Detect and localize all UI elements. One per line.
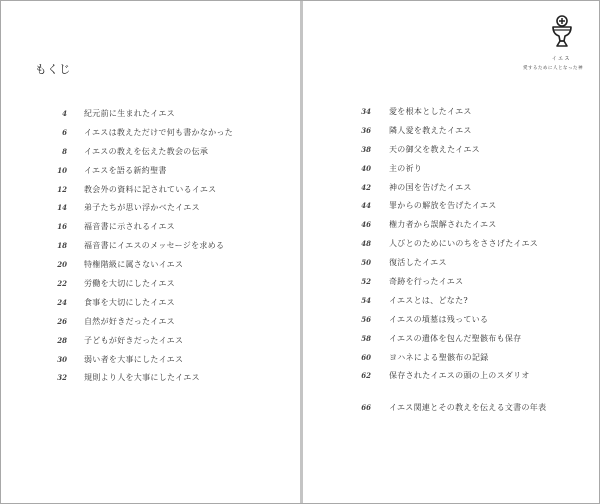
- toc-item[interactable]: 50復活したイエス: [303, 253, 546, 272]
- toc-entry-title: イエスは教えただけで何も書かなかった: [84, 127, 233, 138]
- toc-item[interactable]: 40主の祈り: [303, 159, 546, 178]
- toc-page-number: 26: [1, 317, 67, 326]
- toc-item[interactable]: 22労働を大切にしたイエス: [1, 274, 233, 293]
- toc-page-number: 14: [1, 203, 67, 212]
- toc-entry-title: 天の御父を教えたイエス: [389, 144, 480, 155]
- toc-page-number: 50: [303, 258, 371, 267]
- toc-page-number: 16: [1, 222, 67, 231]
- toc-item[interactable]: 54イエスとは、どなた?: [303, 291, 546, 310]
- toc-entry-title: 規則より人を大事にしたイエス: [84, 372, 200, 383]
- toc-entry-title: イエスとは、どなた?: [389, 295, 468, 306]
- toc-item[interactable]: 12教会外の資料に記されているイエス: [1, 180, 233, 199]
- toc-entry-title: 教会外の資料に記されているイエス: [84, 184, 216, 195]
- toc-page-number: 24: [1, 298, 67, 307]
- toc-entry-title: 権力者から誤解されたイエス: [389, 219, 497, 230]
- right-page: イエス 愛するために人となった神 34愛を根本としたイエス 36隣人愛を教えたイ…: [303, 1, 599, 503]
- toc-entry-title: 特権階級に属さないイエス: [84, 259, 183, 270]
- toc-page-number: 12: [1, 185, 67, 194]
- toc-item[interactable]: 48人びとのためにいのちをささげたイエス: [303, 234, 546, 253]
- toc-list-right: 34愛を根本としたイエス 36隣人愛を教えたイエス 38天の御父を教えたイエス …: [303, 102, 546, 417]
- toc-item[interactable]: 14弟子たちが思い浮かべたイエス: [1, 198, 233, 217]
- toc-item[interactable]: 6イエスは教えただけで何も書かなかった: [1, 123, 233, 142]
- toc-item[interactable]: 34愛を根本としたイエス: [303, 102, 546, 121]
- series-subtitle: 愛するために人となった神: [463, 65, 583, 71]
- toc-entry-title: イエス関連とその教えを伝える文書の年表: [389, 402, 546, 413]
- toc-entry-title: 紀元前に生まれたイエス: [84, 108, 175, 119]
- toc-page-number: 60: [303, 353, 371, 362]
- toc-page-number: 40: [303, 164, 371, 173]
- toc-item[interactable]: 16福音書に示されるイエス: [1, 217, 233, 236]
- chalice-host-icon: [551, 15, 573, 49]
- series-title: イエス: [463, 55, 571, 62]
- toc-item[interactable]: 58イエスの遺体を包んだ聖骸布も保存: [303, 329, 546, 348]
- toc-entry-title: 食事を大切にしたイエス: [84, 297, 175, 308]
- toc-item[interactable]: 26自然が好きだったイエス: [1, 312, 233, 331]
- toc-page-number: 38: [303, 145, 371, 154]
- toc-title: もくじ: [35, 61, 71, 77]
- toc-entry-title: 保存されたイエスの頭の上のスダリオ: [389, 370, 530, 381]
- toc-item[interactable]: 4紀元前に生まれたイエス: [1, 104, 233, 123]
- toc-item[interactable]: 36隣人愛を教えたイエス: [303, 121, 546, 140]
- book-spread: もくじ 4紀元前に生まれたイエス 6イエスは教えただけで何も書かなかった 8イエ…: [0, 0, 600, 504]
- toc-item[interactable]: 42神の国を告げたイエス: [303, 178, 546, 197]
- toc-page-number: 66: [303, 403, 371, 412]
- toc-page-number: 54: [303, 296, 371, 305]
- toc-entry-title: イエスの墳墓は残っている: [389, 314, 488, 325]
- toc-entry-title: 福音書にイエスのメッセージを求める: [84, 240, 224, 251]
- toc-entry-title: 復活したイエス: [389, 257, 447, 268]
- toc-page-number: 48: [303, 239, 371, 248]
- toc-item[interactable]: 30弱い者を大事にしたイエス: [1, 350, 233, 369]
- toc-entry-title: 愛を根本としたイエス: [389, 106, 472, 117]
- toc-entry-title: 弱い者を大事にしたイエス: [84, 354, 183, 365]
- toc-page-number: 32: [1, 373, 67, 382]
- toc-item[interactable]: 24食事を大切にしたイエス: [1, 293, 233, 312]
- toc-entry-title: 隣人愛を教えたイエス: [389, 125, 472, 136]
- toc-item[interactable]: 10イエスを語る新約聖書: [1, 161, 233, 180]
- toc-entry-title: 主の祈り: [389, 163, 422, 174]
- toc-page-number: 6: [1, 128, 67, 137]
- toc-item[interactable]: 52奇跡を行ったイエス: [303, 272, 546, 291]
- toc-item[interactable]: 62保存されたイエスの頭の上のスダリオ: [303, 366, 546, 385]
- toc-page-number: 22: [1, 279, 67, 288]
- toc-page-number: 46: [303, 220, 371, 229]
- toc-item[interactable]: 28子どもが好きだったイエス: [1, 331, 233, 350]
- toc-item[interactable]: 18福音書にイエスのメッセージを求める: [1, 236, 233, 255]
- toc-entry-title: 子どもが好きだったイエス: [84, 335, 183, 346]
- toc-page-number: 8: [1, 147, 67, 156]
- toc-item[interactable]: 56イエスの墳墓は残っている: [303, 310, 546, 329]
- toc-entry-title: ヨハネによる聖骸布の記録: [389, 352, 489, 363]
- toc-item[interactable]: 60ヨハネによる聖骸布の記録: [303, 348, 546, 367]
- toc-page-number: 30: [1, 355, 67, 364]
- toc-entry-title: 労働を大切にしたイエス: [84, 278, 175, 289]
- toc-page-number: 52: [303, 277, 371, 286]
- toc-list-left: 4紀元前に生まれたイエス 6イエスは教えただけで何も書かなかった 8イエスの教え…: [1, 104, 233, 387]
- toc-entry-title: イエスの教えを伝えた教会の伝承: [84, 146, 208, 157]
- toc-entry-title: 福音書に示されるイエス: [84, 221, 175, 232]
- toc-item[interactable]: 46権力者から誤解されたイエス: [303, 215, 546, 234]
- toc-item-appendix[interactable]: 66イエス関連とその教えを伝える文書の年表: [303, 398, 546, 417]
- toc-item[interactable]: 20特権階級に属さないイエス: [1, 255, 233, 274]
- series-brand: イエス 愛するために人となった神: [463, 15, 583, 71]
- toc-item[interactable]: 32規則より人を大事にしたイエス: [1, 368, 233, 387]
- toc-page-number: 62: [303, 371, 371, 380]
- toc-item[interactable]: 38天の御父を教えたイエス: [303, 140, 546, 159]
- toc-page-number: 28: [1, 336, 67, 345]
- toc-page-number: 36: [303, 126, 371, 135]
- toc-entry-title: 神の国を告げたイエス: [389, 182, 472, 193]
- toc-entry-title: 弟子たちが思い浮かべたイエス: [84, 202, 200, 213]
- toc-page-number: 42: [303, 183, 371, 192]
- toc-page-number: 4: [1, 109, 67, 118]
- toc-page-number: 56: [303, 315, 371, 324]
- toc-page-number: 10: [1, 166, 67, 175]
- toc-entry-title: イエスの遺体を包んだ聖骸布も保存: [389, 333, 521, 344]
- toc-entry-title: イエスを語る新約聖書: [84, 165, 167, 176]
- toc-entry-title: 人びとのためにいのちをささげたイエス: [389, 238, 538, 249]
- toc-page-number: 18: [1, 241, 67, 250]
- toc-page-number: 20: [1, 260, 67, 269]
- toc-page-number: 34: [303, 107, 371, 116]
- left-page: もくじ 4紀元前に生まれたイエス 6イエスは教えただけで何も書かなかった 8イエ…: [1, 1, 300, 503]
- toc-entry-title: 奇跡を行ったイエス: [389, 276, 463, 287]
- toc-entry-title: 自然が好きだったイエス: [84, 316, 175, 327]
- toc-page-number: 58: [303, 334, 371, 343]
- toc-item[interactable]: 44罪からの解放を告げたイエス: [303, 196, 546, 215]
- toc-page-number: 44: [303, 201, 371, 210]
- toc-entry-title: 罪からの解放を告げたイエス: [389, 200, 497, 211]
- toc-item[interactable]: 8イエスの教えを伝えた教会の伝承: [1, 142, 233, 161]
